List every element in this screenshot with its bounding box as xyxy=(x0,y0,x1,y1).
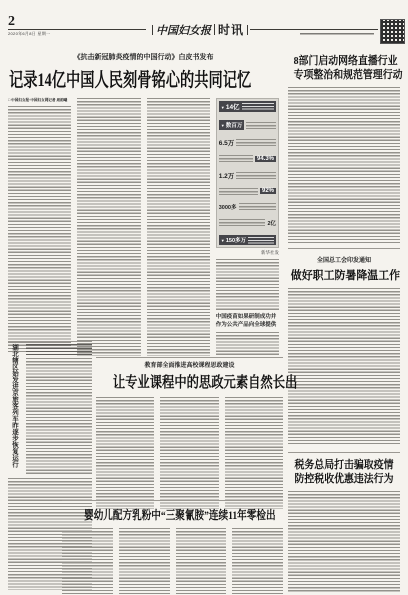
photo-credit: 新华社发 xyxy=(216,250,279,256)
main-article-kicker: 《抗击新冠肺炎疫情的中国行动》白皮书发布 xyxy=(8,52,279,62)
main-article-headline: 记录14亿中国人民刻骨铭心的共同记忆 xyxy=(9,65,212,92)
education-article: 教育部全面推进高校课程思政建设 让专业课程中的思政元素自然长出 xyxy=(96,360,283,509)
headline-line: 税务总局打击骗取疫情 xyxy=(294,458,395,472)
body-text-column xyxy=(77,98,140,356)
infographic-row: 14亿 xyxy=(219,101,276,112)
byline-text xyxy=(26,344,92,355)
body-text-column xyxy=(26,358,92,474)
stat-label-text xyxy=(239,203,277,210)
qr-code-icon xyxy=(380,19,405,44)
infographic-row: 1.2万 xyxy=(219,171,276,180)
stat-value: 数百万 xyxy=(219,120,245,130)
infographic-row: 92% xyxy=(219,188,276,195)
main-article: 《抗击新冠肺炎疫情的中国行动》白皮书发布 记录14亿中国人民刻骨铭心的共同记忆 … xyxy=(8,52,279,356)
body-text-column xyxy=(96,397,154,509)
body-text-column xyxy=(288,87,400,243)
stat-value: 94.3% xyxy=(255,156,276,162)
header-rule-left xyxy=(8,29,146,30)
body-text-column xyxy=(62,528,113,594)
editor-credits-text xyxy=(300,33,374,36)
stat-label-text xyxy=(246,122,276,129)
stat-label-text xyxy=(236,172,276,179)
rail-article-1: 8部门启动网络直播行业 专项整治和规范管理行动 xyxy=(288,54,400,243)
stat-value: 150多万 xyxy=(221,236,246,244)
article-divider-rule xyxy=(8,341,92,342)
masthead-divider xyxy=(214,24,215,35)
body-text-column xyxy=(216,259,279,311)
main-article-byline: □ 中国妇女报·中国妇女网记者 周韵曦 xyxy=(8,98,71,103)
stat-value: 6.5万 xyxy=(219,138,235,147)
body-text-column xyxy=(8,106,71,354)
body-text-column xyxy=(225,397,283,509)
date-line: 2020年6月8日 星期一 xyxy=(8,31,50,37)
page-number: 2 xyxy=(8,14,15,30)
education-article-kicker: 教育部全面推进高校课程思政建设 xyxy=(96,360,283,369)
infographic-row: 数百万 xyxy=(219,120,276,130)
infographic-row: 150多万 xyxy=(219,235,276,245)
newspaper-page: 2 2020年6月8日 星期一 中国妇女报 时讯 《抗击新冠肺炎疫情的中国行动》… xyxy=(0,0,408,595)
rail-article-2-kicker: 全国总工会印发通知 xyxy=(288,255,400,264)
rail-article-2: 全国总工会印发通知 做好职工防暑降温工作 xyxy=(288,255,400,446)
infographic-row: 6.5万 xyxy=(219,138,276,147)
body-text-column xyxy=(147,98,210,356)
education-article-headline: 让专业课程中的思政元素自然长出 xyxy=(113,371,266,392)
infographic-row: 2亿 xyxy=(219,219,276,227)
stat-label-text xyxy=(248,237,274,244)
body-text-column: □ 中国妇女报·中国妇女网记者 周韵曦 xyxy=(8,98,71,356)
body-text-column xyxy=(176,528,227,594)
rail-article-2-headline: 做好职工防暑降温工作 xyxy=(291,267,397,283)
stat-value: 3000多 xyxy=(219,203,237,211)
article-divider-rule xyxy=(96,357,283,358)
article-divider-rule xyxy=(62,500,283,501)
masthead-tick-left xyxy=(152,25,153,35)
rail-article-1-headline: 8部门启动网络直播行业 专项整治和规范管理行动 xyxy=(294,54,395,82)
stat-label-text xyxy=(236,139,276,146)
rail-article-3: 税务总局打击骗取疫情 防控税收优惠违法行为 xyxy=(288,458,400,593)
milk-article-headline: 婴幼儿配方乳粉中“三聚氰胺”连续11年零检出 xyxy=(84,506,261,523)
article-divider-rule xyxy=(288,452,400,453)
milk-article: 婴幼儿配方乳粉中“三聚氰胺”连续11年零检出 xyxy=(62,503,283,594)
stat-label-text xyxy=(219,155,253,162)
masthead-title: 中国妇女报 xyxy=(156,22,211,38)
stat-label-text xyxy=(242,103,274,110)
headline-line: 防控税收优惠违法行为 xyxy=(294,472,395,486)
body-text-column xyxy=(160,397,218,509)
stat-value: 14亿 xyxy=(221,102,240,111)
stat-label-text xyxy=(219,188,258,195)
hubei-article-headline: 湖北辖区始发进京旅客列车昨逐步恢复运行 xyxy=(8,344,21,468)
rail-article-3-headline: 税务总局打击骗取疫情 防控税收优惠违法行为 xyxy=(294,458,395,486)
infographic-row: 94.3% xyxy=(219,155,276,162)
stat-value: 92% xyxy=(260,188,276,194)
body-text-column xyxy=(216,332,279,358)
stat-value: 2亿 xyxy=(267,219,276,227)
infographic: 14亿 数百万 6.5万 94.3% xyxy=(216,98,279,248)
masthead-tick-right xyxy=(247,25,248,35)
body-text-column: 14亿 数百万 6.5万 94.3% xyxy=(216,98,279,356)
body-text-column xyxy=(119,528,170,594)
headline-line: 8部门启动网络直播行业 xyxy=(294,54,395,68)
article-divider-rule xyxy=(288,248,400,249)
right-rail: 8部门启动网络直播行业 专项整治和规范管理行动 全国总工会印发通知 做好职工防暑… xyxy=(288,54,400,593)
masthead: 中国妇女报 时讯 xyxy=(150,21,250,38)
section-title: 时讯 xyxy=(218,21,244,38)
body-text-column xyxy=(288,288,400,446)
header-rule-right xyxy=(250,29,378,30)
headline-line: 专项整治和规范管理行动 xyxy=(294,68,395,82)
infographic-row: 3000多 xyxy=(219,203,276,211)
education-article-body xyxy=(96,397,283,509)
main-article-subhead: 中国疫苗如果研制成功并作为公共产品向全球提供 xyxy=(216,314,279,329)
stat-label-text xyxy=(219,219,266,226)
milk-article-body xyxy=(62,528,283,594)
body-text-column xyxy=(288,491,400,593)
main-article-body: □ 中国妇女报·中国妇女网记者 周韵曦 14亿 数百万 xyxy=(8,98,279,356)
stat-value: 1.2万 xyxy=(219,171,235,180)
body-text-column xyxy=(232,528,283,594)
